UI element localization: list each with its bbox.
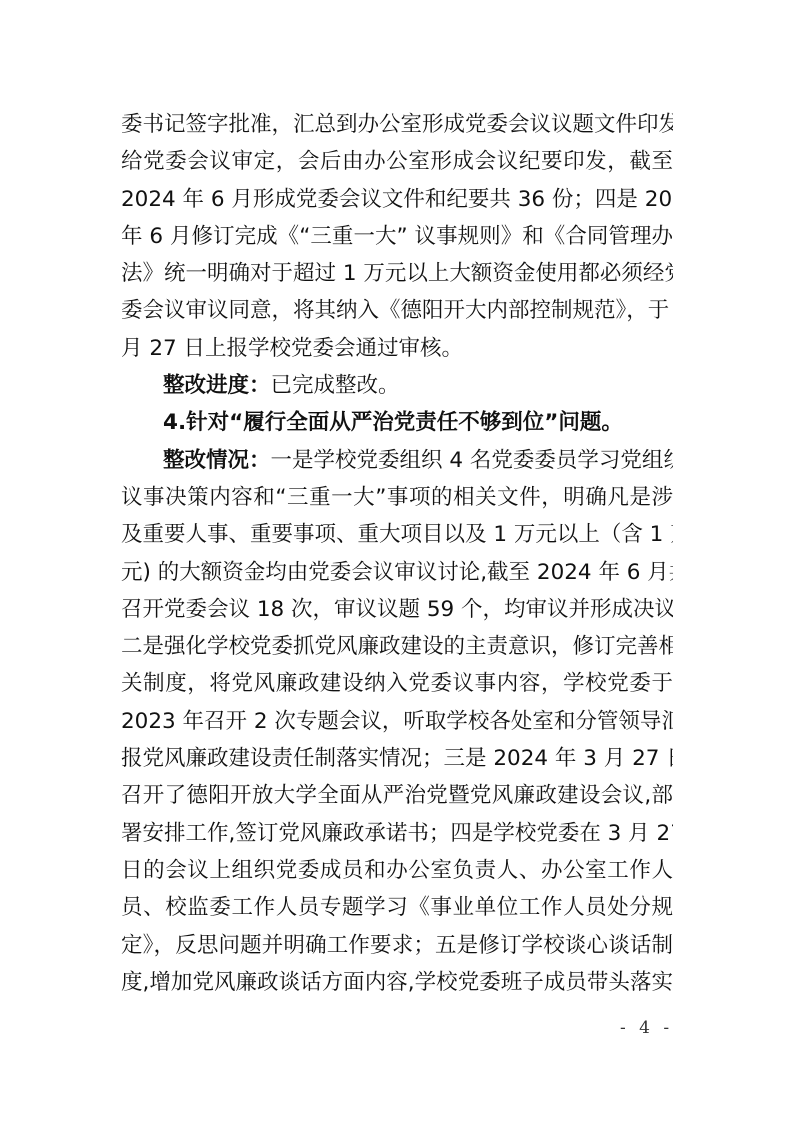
paragraph-line: 年 6 月修订完成《“三重一大” 议事规则》和《合同管理办 xyxy=(121,218,673,255)
page-number: - 4 - xyxy=(620,1018,673,1038)
line-text: 定》，反思问题并明确工作要求；五是修订学校谈心谈话制 xyxy=(121,933,673,958)
paragraph-line: 召开了德阳开放大学全面从严治党暨党风廉政建设会议,部 xyxy=(121,777,673,814)
line-text: 2024 年 6 月形成党委会议文件和纪要共 36 份；四是 2024 xyxy=(121,187,673,212)
progress-label: 整改进度： xyxy=(163,373,271,398)
paragraph-line: 二是强化学校党委抓党风廉政建设的主责意识，修订完善相 xyxy=(121,628,673,665)
paragraph-line: 员、校监委工作人员专题学习《事业单位工作人员处分规 xyxy=(121,889,673,926)
line-text: 给党委会议审定，会后由办公室形成会议纪要印发，截至 xyxy=(121,149,673,174)
section-heading-text: 4.针对“履行全面从严治党责任不够到位”问题。 xyxy=(163,410,623,435)
paragraph-line: 元) 的大额资金均由党委会议审议讨论,截至 2024 年 6 月共 xyxy=(121,554,673,591)
status-text: 一是学校党委组织 4 名党委委员学习党组织 xyxy=(271,448,673,473)
paragraph-line: 委会议审议同意，将其纳入《德阳开大内部控制规范》，于 6 xyxy=(121,292,673,329)
document-body: 委书记签字批准，汇总到办公室形成党委会议议题文件印发 给党委会议审定，会后由办公… xyxy=(121,106,673,1001)
line-text: 2023 年召开 2 次专题会议，听取学校各处室和分管领导汇 xyxy=(121,709,673,734)
line-text: 署安排工作,签订党风廉政承诺书；四是学校党委在 3 月 27 xyxy=(121,821,673,846)
line-text: 委书记签字批准，汇总到办公室形成党委会议议题文件印发 xyxy=(121,112,673,137)
paragraph-line: 委书记签字批准，汇总到办公室形成党委会议议题文件印发 xyxy=(121,106,673,143)
line-text: 及重要人事、重要事项、重大项目以及 1 万元以上（含 1 万 xyxy=(121,522,673,547)
section-heading: 4.针对“履行全面从严治党责任不够到位”问题。 xyxy=(121,404,673,441)
line-text: 召开了德阳开放大学全面从严治党暨党风廉政建设会议,部 xyxy=(121,783,673,808)
status-label: 整改情况： xyxy=(163,448,271,473)
line-text: 报党风廉政建设责任制落实情况；三是 2024 年 3 月 27 日 xyxy=(121,746,673,771)
line-text: 员、校监委工作人员专题学习《事业单位工作人员处分规 xyxy=(121,895,673,920)
line-text: 月 27 日上报学校党委会通过审核。 xyxy=(121,336,463,361)
rectification-status: 整改情况：一是学校党委组织 4 名党委委员学习党组织 xyxy=(121,442,673,479)
rectification-progress: 整改进度：已完成整改。 xyxy=(121,367,673,404)
paragraph-line: 及重要人事、重要事项、重大项目以及 1 万元以上（含 1 万 xyxy=(121,516,673,553)
paragraph-line: 定》，反思问题并明确工作要求；五是修订学校谈心谈话制 xyxy=(121,927,673,964)
paragraph-line: 2024 年 6 月形成党委会议文件和纪要共 36 份；四是 2024 xyxy=(121,181,673,218)
line-text: 议事决策内容和“三重一大”事项的相关文件，明确凡是涉 xyxy=(121,485,673,510)
paragraph-line: 给党委会议审定，会后由办公室形成会议纪要印发，截至 xyxy=(121,143,673,180)
progress-value: 已完成整改。 xyxy=(271,373,400,398)
paragraph-line: 署安排工作,签订党风廉政承诺书；四是学校党委在 3 月 27 xyxy=(121,815,673,852)
paragraph-line: 2023 年召开 2 次专题会议，听取学校各处室和分管领导汇 xyxy=(121,703,673,740)
line-text: 召开党委会议 18 次，审议议题 59 个，均审议并形成决议； xyxy=(121,597,673,622)
line-text: 年 6 月修订完成《“三重一大” 议事规则》和《合同管理办 xyxy=(121,224,673,249)
paragraph-line: 召开党委会议 18 次，审议议题 59 个，均审议并形成决议； xyxy=(121,591,673,628)
paragraph-line: 议事决策内容和“三重一大”事项的相关文件，明确凡是涉 xyxy=(121,479,673,516)
line-text: 元) 的大额资金均由党委会议审议讨论,截至 2024 年 6 月共 xyxy=(121,560,673,585)
paragraph-line: 法》统一明确对于超过 1 万元以上大额资金使用都必须经党 xyxy=(121,255,673,292)
paragraph-line: 日的会议上组织党委成员和办公室负责人、办公室工作人 xyxy=(121,852,673,889)
document-page: 委书记签字批准，汇总到办公室形成党委会议议题文件印发 给党委会议审定，会后由办公… xyxy=(0,0,793,1122)
line-text: 度,增加党风廉政谈话方面内容,学校党委班子成员带头落实 xyxy=(121,970,673,995)
paragraph-line: 度,增加党风廉政谈话方面内容,学校党委班子成员带头落实 xyxy=(121,964,673,1001)
line-text: 日的会议上组织党委成员和办公室负责人、办公室工作人 xyxy=(121,858,673,883)
paragraph-line: 报党风廉政建设责任制落实情况；三是 2024 年 3 月 27 日 xyxy=(121,740,673,777)
line-text: 委会议审议同意，将其纳入《德阳开大内部控制规范》，于 6 xyxy=(121,298,673,323)
line-text: 关制度，将党风廉政建设纳入党委议事内容，学校党委于 xyxy=(121,671,673,696)
line-text: 法》统一明确对于超过 1 万元以上大额资金使用都必须经党 xyxy=(121,261,673,286)
paragraph-line: 关制度，将党风廉政建设纳入党委议事内容，学校党委于 xyxy=(121,665,673,702)
paragraph-line: 月 27 日上报学校党委会通过审核。 xyxy=(121,330,673,367)
line-text: 二是强化学校党委抓党风廉政建设的主责意识，修订完善相 xyxy=(121,634,673,659)
